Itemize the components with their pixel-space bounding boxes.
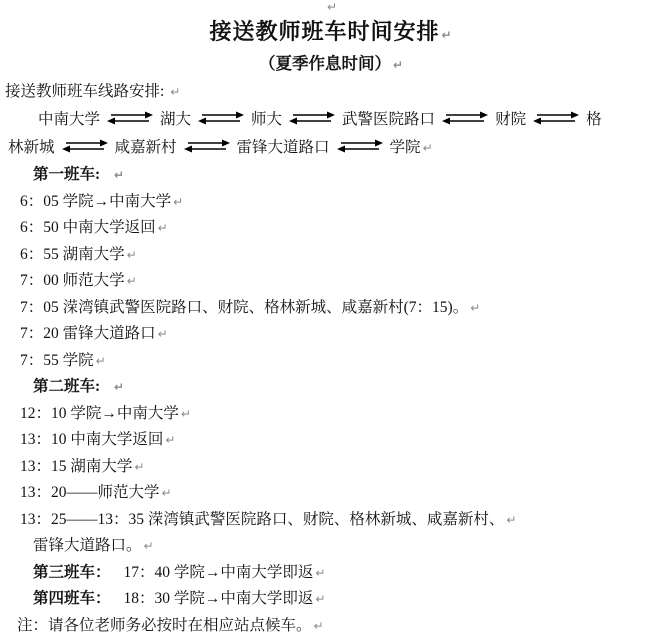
paragraph-mark-icon: ↵ (144, 539, 154, 553)
page-subtitle: （夏季作息时间）↵ (0, 51, 662, 78)
paragraph-mark-icon: ↵ (114, 380, 124, 394)
paragraph-mark-icon: ↵ (327, 0, 337, 14)
footer-note-text: 注：请各位老师务必按时在相应站点候车。 (17, 617, 312, 634)
bus1-item: 6：55 湖南大学↵ (0, 242, 662, 269)
schedule-entry: 13：25——13：35 溁湾镇武警医院路口、财院、格林新城、咸嘉新村、 (20, 511, 504, 528)
paragraph-mark-icon: ↵ (506, 513, 516, 527)
route-intro-text: 接送教师班车线路安排: (5, 83, 168, 100)
paragraph-mark-icon: ↵ (315, 592, 325, 606)
route-station: 中南大学 (38, 106, 100, 134)
paragraph-mark-icon: ↵ (393, 58, 403, 72)
page-subtitle-text: （夏季作息时间） (259, 54, 391, 73)
schedule-entry: 6：05 学院→中南大学 (20, 193, 171, 210)
bidirectional-arrow-icon (337, 139, 383, 153)
bus1-item: 7：55 学院↵ (0, 348, 662, 375)
bus2-item: 12：10 学院→中南大学↵ (0, 401, 662, 428)
bus1-item: 7：05 溁湾镇武警医院路口、财院、格林新城、咸嘉新村(7：15)。↵ (0, 295, 662, 322)
route-station: 师大 (251, 106, 282, 134)
schedule-entry: 7：00 师范大学 (20, 272, 125, 289)
schedule-entry: 12：10 学院→中南大学 (20, 405, 179, 422)
paragraph-mark-icon: ↵ (423, 141, 433, 155)
bus3-header-text: 第三班车： (33, 564, 111, 581)
bus2-item: 13：20——师范大学↵ (0, 480, 662, 507)
paragraph-mark-icon: ↵ (315, 566, 325, 580)
paragraph-mark-icon: ↵ (441, 28, 452, 42)
route-station: 武警医院路口 (342, 106, 435, 134)
paragraph-mark-icon: ↵ (158, 221, 168, 235)
paragraph-mark-icon: ↵ (158, 327, 168, 341)
schedule-entry: 13：20——师范大学 (20, 484, 160, 501)
bus1-item: 6：05 学院→中南大学↵ (0, 189, 662, 216)
empty-paragraph: ↵ (0, 0, 662, 16)
schedule-entry: 13：10 中南大学返回 (20, 431, 163, 448)
bidirectional-arrow-icon (533, 111, 579, 125)
schedule-entry: 雷锋大道路口。 (33, 537, 142, 554)
route-intro: 接送教师班车线路安排: ↵ (0, 78, 662, 106)
bidirectional-arrow-icon (198, 111, 244, 125)
bus4-header-text: 第四班车： (33, 590, 111, 607)
paragraph-mark-icon: ↵ (165, 433, 175, 447)
bus2-item: 13：10 中南大学返回↵ (0, 427, 662, 454)
schedule-entry: 18：30 学院→中南大学即返 (124, 590, 314, 607)
bus3-line: 第三班车：17：40 学院→中南大学即返↵ (0, 560, 662, 587)
route-station: 湖大 (160, 106, 191, 134)
bidirectional-arrow-icon (184, 139, 230, 153)
footer-note: 注：请各位老师务必按时在相应站点候车。↵ (0, 613, 662, 640)
schedule-entry: 6：55 湖南大学 (20, 246, 125, 263)
route-diagram-line-1: 中南大学湖大师大武警医院路口财院格 (0, 106, 662, 134)
bus4-line: 第四班车：18：30 学院→中南大学即返↵ (0, 586, 662, 613)
paragraph-mark-icon: ↵ (173, 195, 183, 209)
document-page: ↵ 接送教师班车时间安排↵ （夏季作息时间）↵ 接送教师班车线路安排: ↵ 中南… (0, 0, 662, 640)
paragraph-mark-icon: ↵ (96, 354, 106, 368)
bus1-item: 7：00 师范大学↵ (0, 268, 662, 295)
route-station: 咸嘉新村 (115, 134, 177, 162)
route-station: 学院 (390, 134, 421, 162)
paragraph-mark-icon: ↵ (314, 619, 324, 633)
bus1-item: 6：50 中南大学返回↵ (0, 215, 662, 242)
schedule-entry: 7：05 溁湾镇武警医院路口、财院、格林新城、咸嘉新村(7：15)。 (20, 299, 468, 316)
schedule-entry: 7：55 学院 (20, 352, 94, 369)
route-station: 林新城 (8, 134, 55, 162)
paragraph-mark-icon: ↵ (170, 85, 180, 99)
route-station: 财院 (495, 106, 526, 134)
schedule-entry: 13：15 湖南大学 (20, 458, 132, 475)
paragraph-mark-icon: ↵ (127, 248, 137, 262)
bus1-item: 7：20 雷锋大道路口↵ (0, 321, 662, 348)
page-title: 接送教师班车时间安排↵ (0, 16, 662, 51)
schedule-entry: 7：20 雷锋大道路口 (20, 325, 156, 342)
bidirectional-arrow-icon (442, 111, 488, 125)
paragraph-mark-icon: ↵ (162, 486, 172, 500)
paragraph-mark-icon: ↵ (114, 168, 124, 182)
paragraph-mark-icon: ↵ (134, 460, 144, 474)
bidirectional-arrow-icon (107, 111, 153, 125)
bus2-header: 第二班车: ↵ (0, 374, 662, 401)
page-title-text: 接送教师班车时间安排 (209, 19, 439, 44)
schedule-entry: 17：40 学院→中南大学即返 (124, 564, 314, 581)
paragraph-mark-icon: ↵ (181, 407, 191, 421)
route-station: 格 (586, 106, 602, 134)
bus1-header-text: 第一班车: (33, 166, 104, 183)
bus2-item-continuation: 雷锋大道路口。↵ (0, 533, 662, 560)
bus2-header-text: 第二班车: (33, 378, 104, 395)
schedule-entry: 6：50 中南大学返回 (20, 219, 156, 236)
bidirectional-arrow-icon (289, 111, 335, 125)
bus1-header: 第一班车: ↵ (0, 162, 662, 189)
bus2-item: 13：25——13：35 溁湾镇武警医院路口、财院、格林新城、咸嘉新村、↵ (0, 507, 662, 534)
paragraph-mark-icon: ↵ (127, 274, 137, 288)
bidirectional-arrow-icon (62, 139, 108, 153)
route-station: 雷锋大道路口 (237, 134, 330, 162)
paragraph-mark-icon: ↵ (470, 301, 480, 315)
bus2-item: 13：15 湖南大学↵ (0, 454, 662, 481)
route-diagram-line-2: 林新城咸嘉新村雷锋大道路口学院↵ (0, 134, 662, 162)
